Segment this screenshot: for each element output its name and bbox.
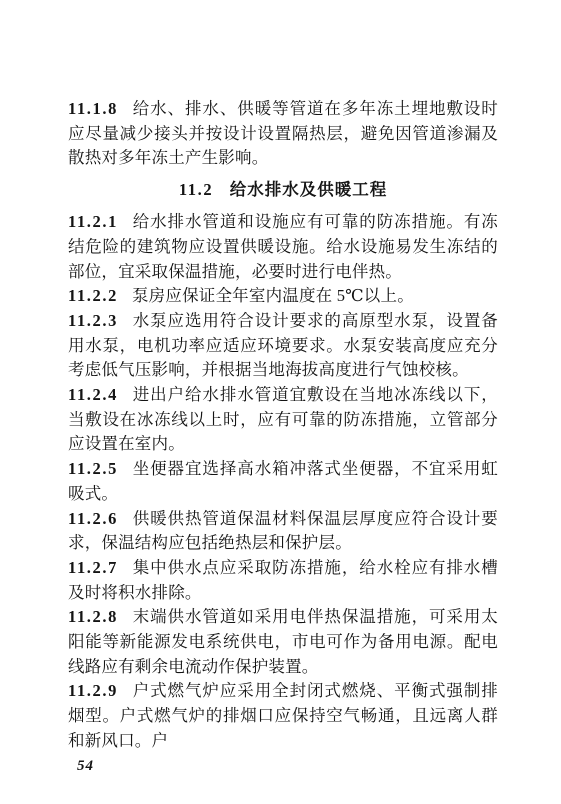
clause-number: 11.2.6	[68, 509, 118, 528]
clause-11-2-4: 11.2.4进出户给水排水管道宜敷设在当地冰冻线以下，当敷设在冰冻线以上时，应有…	[68, 383, 498, 457]
clause-number: 11.2.7	[68, 558, 118, 577]
clause-text: 末端供水管道如采用电伴热保温措施，可采用太阳能等新能源发电系统供电，市电可作为备…	[68, 607, 498, 675]
clause-text: 进出户给水排水管道宜敷设在当地冰冻线以下，当敷设在冰冻线以上时，应有可靠的防冻措…	[68, 385, 498, 453]
clause-number: 11.2.8	[68, 607, 118, 626]
page-number: 54	[68, 758, 498, 775]
clause-11-2-1: 11.2.1给水排水管道和设施应有可靠的防冻措施。有冻结危险的建筑物应设置供暖设…	[68, 210, 498, 284]
section-heading-title: 给水排水及供暖工程	[230, 181, 388, 199]
clause-number: 11.2.5	[68, 459, 118, 478]
section-heading: 11.2给水排水及供暖工程	[68, 177, 498, 203]
clause-text: 坐便器宜选择高水箱冲落式坐便器，不宜采用虹吸式。	[68, 459, 498, 503]
clause-number: 11.2.4	[68, 385, 118, 404]
section-heading-number: 11.2	[179, 180, 213, 199]
clause-text: 给水排水管道和设施应有可靠的防冻措施。有冻结危险的建筑物应设置供暖设施。给水设施…	[68, 212, 498, 280]
clause-number: 11.2.3	[68, 311, 118, 330]
clause-number: 11.1.8	[68, 99, 118, 118]
document-page: 11.1.8给水、排水、供暖等管道在多年冻土埋地敷设时应尽量减少接头并按设计设置…	[0, 0, 561, 804]
clause-11-2-6: 11.2.6供暖供热管道保温材料保温层厚度应符合设计要求，保温结构应包括绝热层和…	[68, 507, 498, 556]
clause-11-1-8: 11.1.8给水、排水、供暖等管道在多年冻土埋地敷设时应尽量减少接头并按设计设置…	[68, 97, 498, 171]
clause-11-2-5: 11.2.5坐便器宜选择高水箱冲落式坐便器，不宜采用虹吸式。	[68, 457, 498, 506]
clause-text: 泵房应保证全年室内温度在 5℃以上。	[132, 286, 414, 305]
clause-text: 水泵应选用符合设计要求的高原型水泵，设置备用水泵，电机功率应适应环境要求。水泵安…	[68, 311, 498, 379]
clause-text: 给水、排水、供暖等管道在多年冻土埋地敷设时应尽量减少接头并按设计设置隔热层，避免…	[68, 99, 498, 167]
clause-11-2-2: 11.2.2泵房应保证全年室内温度在 5℃以上。	[68, 284, 498, 309]
clause-number: 11.2.9	[68, 681, 118, 700]
clause-number: 11.2.2	[68, 286, 118, 305]
clause-11-2-7: 11.2.7集中供水点应采取防冻措施，给水栓应有排水槽及时将积水排除。	[68, 556, 498, 605]
clause-text: 户式燃气炉应采用全封闭式燃烧、平衡式强制排烟型。户式燃气炉的排烟口应保持空气畅通…	[68, 681, 498, 749]
clause-text: 集中供水点应采取防冻措施，给水栓应有排水槽及时将积水排除。	[68, 558, 498, 602]
clause-11-2-9: 11.2.9户式燃气炉应采用全封闭式燃烧、平衡式强制排烟型。户式燃气炉的排烟口应…	[68, 679, 498, 753]
clause-text: 供暖供热管道保温材料保温层厚度应符合设计要求，保温结构应包括绝热层和保护层。	[68, 509, 498, 553]
clause-number: 11.2.1	[68, 212, 118, 231]
clause-11-2-3: 11.2.3水泵应选用符合设计要求的高原型水泵，设置备用水泵，电机功率应适应环境…	[68, 309, 498, 383]
text-block: 11.1.8给水、排水、供暖等管道在多年冻土埋地敷设时应尽量减少接头并按设计设置…	[68, 97, 498, 775]
clause-11-2-8: 11.2.8末端供水管道如采用电伴热保温措施，可采用太阳能等新能源发电系统供电，…	[68, 605, 498, 679]
